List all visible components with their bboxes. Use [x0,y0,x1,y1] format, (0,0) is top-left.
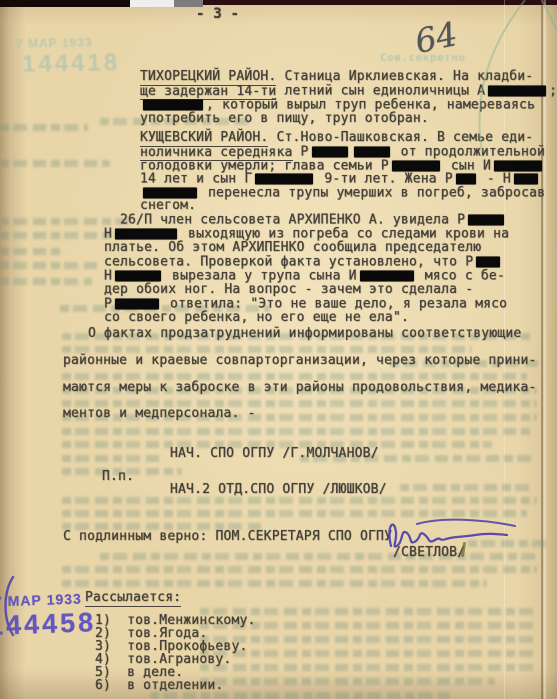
bleedthrough-text [200,636,535,643]
pp-mark: П.п. [102,470,134,483]
typed-text: платье. Об этом АРХИПЕНКО сообщила предс… [104,240,481,255]
signature-line-molchanov: НАЧ. СПО ОГПУ /Г.МОЛЧАНОВ/ [170,447,379,460]
bleedthrough-text [200,650,535,657]
distribution-title: Рассылается: [85,591,181,604]
bleedthrough-text [62,455,162,462]
typed-text: 14 лет и сын Г [140,172,252,187]
bleedthrough-text [62,346,472,353]
typed-line: платье. Об этом АРХИПЕНКО сообщила предс… [104,241,481,254]
typed-text: НАЧ. СПО ОГПУ /Г.МОЛЧАНОВ/ [170,446,379,461]
typed-text: снегом. [140,198,196,213]
bleedthrough-text [62,580,487,587]
redaction-bar [115,271,161,282]
redaction-bar [255,174,313,185]
bleedthrough-text [62,497,537,504]
bleedthrough-text [0,218,130,225]
typed-text: - 3 - [196,6,239,22]
incoming-stamp-date: 7 МАР 1933 [0,590,82,609]
typed-text: П.п. [102,469,134,484]
registry-stamp-faint-date: 7 МАР 1933 [16,35,93,50]
typed-text: Р [293,145,309,160]
typed-line: Н выходящую из погреба со следами крови … [104,227,509,241]
typed-line: со своего ребенка, но его еще не ела". [104,311,409,324]
bleedthrough-text [0,124,88,131]
distribution-item: 6) в отделении. [95,679,223,692]
typed-text: Рассылается: [85,590,181,607]
redaction-bar [115,229,177,240]
redaction-bar [115,299,159,310]
typed-text: О фактах продзатруднений информированы с… [88,326,521,341]
registry-stamp-faint-number: 144418 [22,49,121,79]
redaction-bar [360,271,414,282]
incoming-stamp-number: 144458 [0,607,97,642]
bleedthrough-text [0,262,100,269]
typed-text: со своего ребенка, но его еще не ела". [104,310,409,325]
typed-text: 6) в отделении. [95,678,223,693]
redaction-bar [143,100,203,111]
typed-line: ментов и медперсонала. - [63,407,256,420]
bleedthrough-text [62,373,527,380]
typed-text: С подлинным верно: ПОМ.СЕКРЕТАРЯ СПО ОГП… [63,529,392,544]
typed-line: снегом. [140,199,196,212]
typed-line: 26/П член сельсовета АРХИПЕНКО А. увидел… [120,213,507,227]
redaction-bar [476,257,500,268]
bleedthrough-text [200,678,495,685]
page-number: - 3 - [196,8,239,21]
pencil-mark-green [430,0,557,200]
typed-line: дер обоих ног. На вопрос - зачем это сде… [104,283,473,296]
scan-edge-gap [130,0,174,7]
certification-line: С подлинным верно: ПОМ.СЕКРЕТАРЯ СПО ОГП… [63,530,392,543]
bleedthrough-text [0,278,92,285]
scan-edge-strip [0,0,130,7]
redaction-bar [312,147,348,158]
handwritten-signature [383,512,533,556]
typed-text: ментов и медперсонала. - [63,406,256,421]
bleedthrough-text [0,248,60,255]
bleedthrough-text [0,160,110,167]
bleedthrough-text [400,484,535,491]
redaction-bar [468,215,504,226]
typed-text: употребить его в пищу, труп отобран. [140,111,429,126]
typed-line: О фактах продзатруднений информированы с… [88,327,521,340]
scanned-document-page: - 3 -ТИХОРЕЦКИЙ РАЙОН. Станица Ирклиевск… [0,0,557,699]
typed-line: Р ответила: "Это не ваше дело, я резала … [104,297,507,311]
typed-text: НАЧ.2 ОТД.СПО ОГПУ /ЛЮШКОВ/ [170,482,387,497]
typed-text: дер обоих ног. На вопрос - зачем это сде… [104,282,473,297]
bleedthrough-text [200,664,535,671]
typed-text: районные и краевые совпарторганизации, ч… [63,353,537,368]
redaction-bar [354,147,390,158]
typed-line: районные и краевые совпарторганизации, ч… [63,354,537,367]
bleedthrough-text [150,692,450,699]
signature-line-lyushkov: НАЧ.2 ОТД.СПО ОГПУ /ЛЮШКОВ/ [170,483,387,496]
redaction-bar [143,188,197,199]
bleedthrough-text [62,428,532,435]
typed-text: 26/П член сельсовета АРХИПЕНКО А. увидел… [120,213,465,228]
typed-line: употребить его в пищу, труп отобран. [140,112,429,125]
typed-line: Н вырезала у трупа сына И мясо с бе- [104,269,505,283]
typed-text: сельсовета. Проверкой факта установлено,… [104,255,473,270]
typed-text: маются меры к заброске в эти районы прод… [63,380,537,395]
typed-line: сельсовета. Проверкой факта установлено,… [104,255,503,269]
typed-line: маются меры к заброске в эти районы прод… [63,381,537,394]
bleedthrough-text [62,566,537,573]
